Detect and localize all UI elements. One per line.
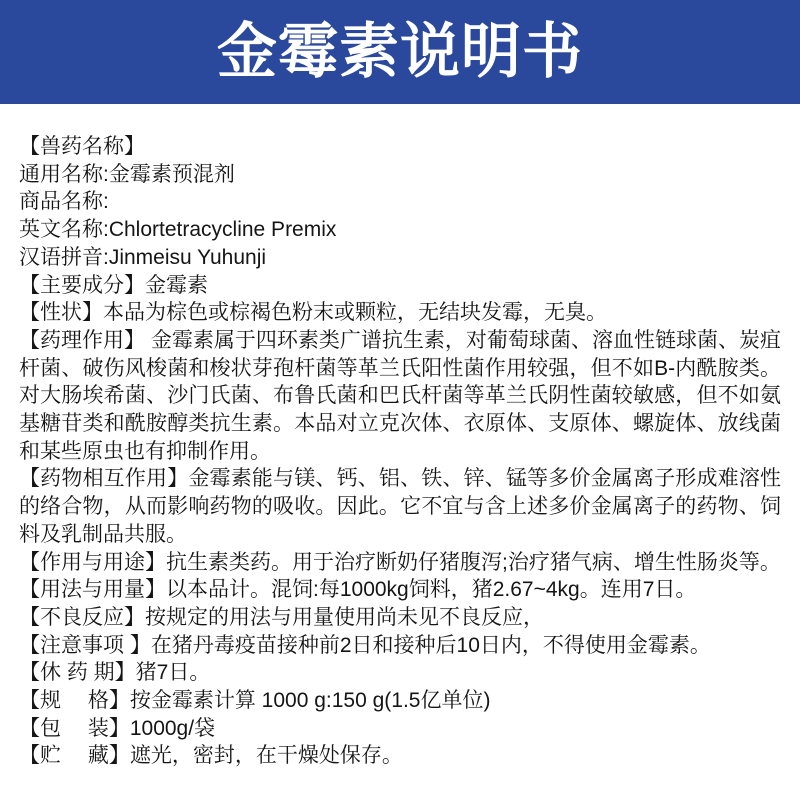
page-title: 金霉素说明书: [217, 22, 583, 82]
section-veterinary-drug-name: 【兽药名称】: [19, 133, 781, 161]
field-generic-name: 通用名称:金霉素预混剂: [19, 161, 781, 189]
field-english-name: 英文名称:Chlortetracycline Premix: [19, 216, 781, 244]
instruction-sheet: 【兽药名称】 通用名称:金霉素预混剂 商品名称: 英文名称:Chlortetra…: [0, 104, 800, 770]
section-packaging: 【包 装】1000g/袋: [19, 715, 781, 743]
section-specification: 【规 格】按金霉素计算 1000 g:150 g(1.5亿单位): [19, 687, 781, 715]
section-storage: 【贮 藏】遮光，密封，在干燥处保存。: [19, 742, 781, 770]
section-main-ingredients: 【主要成分】金霉素: [19, 272, 781, 300]
section-precautions: 【注意事项 】在猪丹毒疫苗接种前2日和接种后10日内，不得使用金霉素。: [19, 632, 781, 660]
field-trade-name: 商品名称:: [19, 188, 781, 216]
title-banner: 金霉素说明书: [0, 0, 800, 104]
section-indications: 【作用与用途】抗生素类药。用于治疗断奶仔猪腹泻;治疗猪气病、增生性肠炎等。: [19, 549, 781, 577]
section-pharmacology: 【药理作用】 金霉素属于四环素类广谱抗生素，对葡萄球菌、溶血性链球菌、炭疽杆菌、…: [19, 327, 781, 466]
section-drug-interactions: 【药物相互作用】金霉素能与镁、钙、铝、铁、锌、锰等多价金属离子形成难溶性的络合物…: [19, 465, 781, 548]
field-pinyin-name: 汉语拼音:Jinmeisu Yuhunji: [19, 244, 781, 272]
section-dosage-usage: 【用法与用量】以本品计。混饲:每1000kg饲料，猪2.67~4kg。连用7日。: [19, 576, 781, 604]
section-adverse-reactions: 【不良反应】按规定的用法与用量使用尚未见不良反应，: [19, 604, 781, 632]
section-properties: 【性状】本品为棕色或棕褐色粉末或颗粒，无结块发霉，无臭。: [19, 299, 781, 327]
section-withdrawal-period: 【休 药 期】猪7日。: [19, 659, 781, 687]
